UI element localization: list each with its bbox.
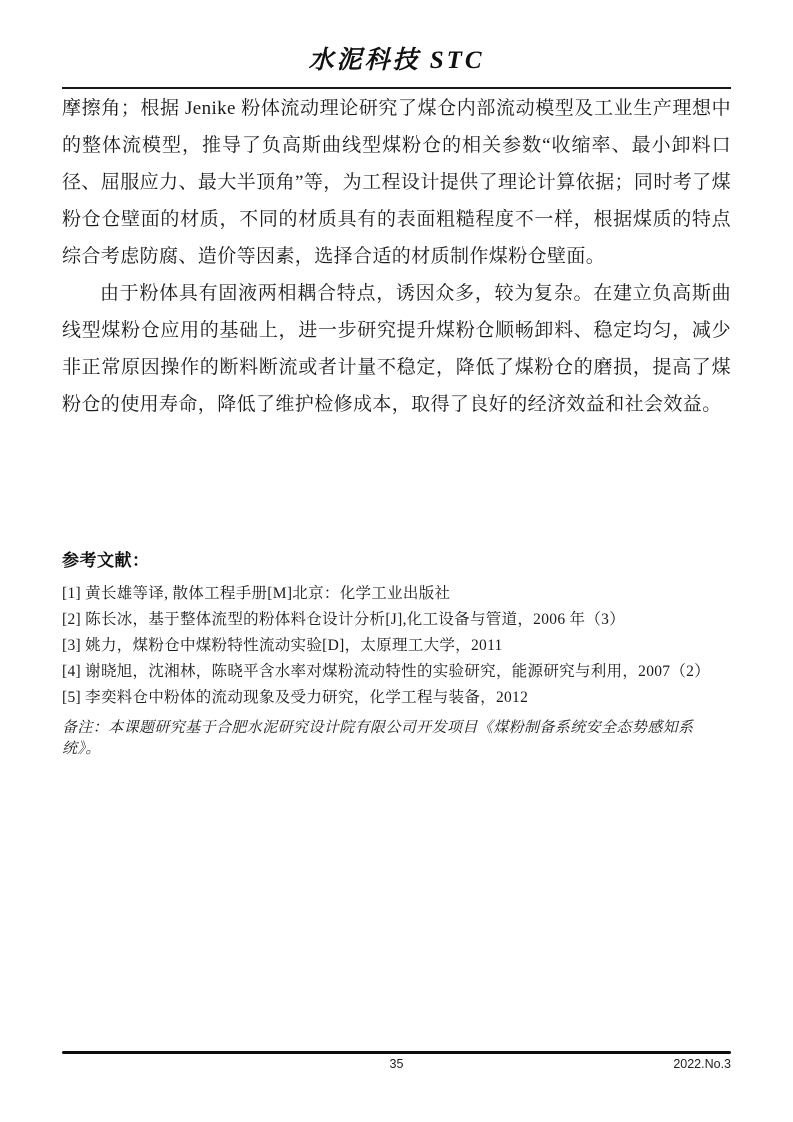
reference-item-3: [3] 姚力，煤粉仓中煤粉特性流动实验[D]，太原理工大学，2011 <box>62 633 731 659</box>
references-heading: 参考文献： <box>62 546 731 571</box>
document-page: 水泥科技 STC 摩擦角；根据 Jenike 粉体流动理论研究了煤仓内部流动模型… <box>0 0 793 1122</box>
journal-title: 水泥科技 STC <box>0 40 793 76</box>
note-text: 备注：本课题研究基于合肥水泥研究设计院有限公司开发项目《煤粉制备系统安全态势感知… <box>62 716 731 758</box>
reference-item-5: [5] 李奕料仓中粉体的流动现象及受力研究，化学工程与装备，2012 <box>62 685 731 711</box>
body-text: 摩擦角；根据 Jenike 粉体流动理论研究了煤仓内部流动模型及工业生产理想中的… <box>62 90 731 423</box>
reference-item-1: [1] 黄长雄等译, 散体工程手册[M]北京：化学工业出版社 <box>62 581 731 607</box>
reference-item-4: [4] 谢晓旭，沈湘林，陈晓平含水率对煤粉流动特性的实验研究，能源研究与利用，2… <box>62 659 731 685</box>
header-rule <box>62 87 731 89</box>
body-paragraph-1: 摩擦角；根据 Jenike 粉体流动理论研究了煤仓内部流动模型及工业生产理想中的… <box>62 90 731 275</box>
body-paragraph-2: 由于粉体具有固液两相耦合特点，诱因众多，较为复杂。在建立负高斯曲线型煤粉仓应用的… <box>62 275 731 423</box>
footer-rule <box>62 1051 731 1054</box>
reference-item-2: [2] 陈长冰，基于整体流型的粉体料仓设计分析[J],化工设备与管道，2006 … <box>62 607 731 633</box>
references-section: 参考文献： [1] 黄长雄等译, 散体工程手册[M]北京：化学工业出版社 [2]… <box>62 546 731 711</box>
issue-number: 2022.No.3 <box>673 1057 731 1071</box>
